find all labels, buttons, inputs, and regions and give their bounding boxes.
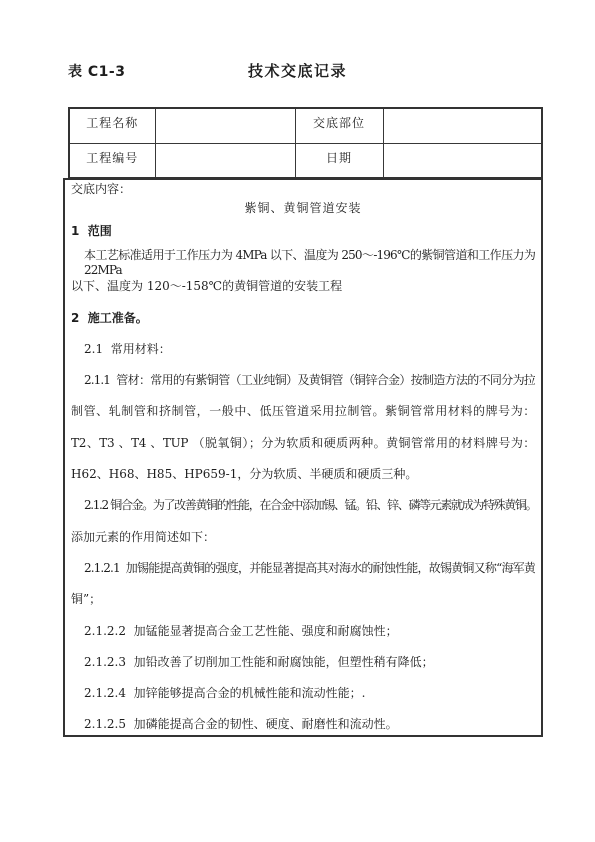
content-line: 本工艺标准适用于工作压力为 4MPa 以下、温度为 250～-196℃的紫铜管道… — [71, 248, 535, 279]
disclosure-part-label: 交底部位 — [295, 108, 383, 143]
content-line: 2.1 常用材料： — [71, 342, 535, 373]
content-line: 2.1.2.4 加锌能够提高合金的机械性能和流动性能；. — [71, 686, 535, 717]
disclosure-part-value — [383, 108, 542, 143]
content-line: 2.1.2.5 加磷能提高合金的韧性、硬度、耐磨性和流动性。 — [71, 717, 535, 737]
content-box: 交底内容：紫铜、黄铜管道安装1 范围本工艺标准适用于工作压力为 4MPa 以下、… — [63, 178, 543, 737]
content-line: 2.1.2.2 加锰能显著提高合金工艺性能、强度和耐腐蚀性； — [71, 624, 535, 655]
document-page: 表 C1-3 技术交底记录 工程名称 交底部位 工程编号 日期 交底内容：紫铜、… — [0, 0, 595, 842]
date-value — [383, 143, 542, 178]
section-1-heading: 1 范围 — [71, 224, 535, 248]
section-2-heading: 2 施工准备。 — [71, 311, 535, 342]
date-label: 日期 — [295, 143, 383, 178]
content-line: H62、H68、H85、HP659-1，分为软质、半硬质和硬质三种。 — [71, 467, 535, 498]
content-line: 添加元素的作用简述如下： — [71, 530, 535, 561]
form-code: 表 C1-3 — [68, 61, 125, 81]
project-number-value — [155, 143, 295, 178]
project-name-label: 工程名称 — [69, 108, 155, 143]
content-section-label: 交底内容： — [71, 182, 535, 201]
content-line: 2.1.2.3 加铅改善了切削加工性能和耐腐蚀能，但塑性稍有降低； — [71, 655, 535, 686]
content-line: 铜”； — [71, 592, 535, 623]
table-row: 工程编号 日期 — [69, 143, 542, 178]
content-line: T2、T3 、T4 、TUP （脱氧铜）；分为软质和硬质两种。黄铜管常用的材料牌… — [71, 436, 535, 467]
content-line: 制管、轧制管和挤制管，一般中、低压管道采用拉制管。紫铜管常用材料的牌号为： — [71, 404, 535, 435]
info-table: 工程名称 交底部位 工程编号 日期 — [68, 107, 543, 179]
table-row: 工程名称 交底部位 — [69, 108, 542, 143]
content-line: 2.1.2.1 加锡能提高黄铜的强度，并能显著提高其对海水的耐蚀性能，故锡黄铜又… — [71, 561, 535, 592]
content-line: 2.1.1 管材：常用的有紫铜管（工业纯铜）及黄铜管（铜锌合金）按制造方法的不同… — [71, 373, 535, 404]
content-line: 以下、温度为 120～-158℃的黄铜管道的安装工程 — [71, 279, 535, 310]
project-number-label: 工程编号 — [69, 143, 155, 178]
content-lines: 交底内容：紫铜、黄铜管道安装1 范围本工艺标准适用于工作压力为 4MPa 以下、… — [71, 182, 535, 737]
content-line: 2.1.2 铜合金。为了改善黄铜的性能，在合金中添加锡、锰。铅、锌、磷等元素就成… — [71, 498, 535, 529]
page-header: 表 C1-3 技术交底记录 — [0, 60, 595, 82]
project-name-value — [155, 108, 295, 143]
content-doc-title: 紫铜、黄铜管道安装 — [71, 201, 535, 224]
